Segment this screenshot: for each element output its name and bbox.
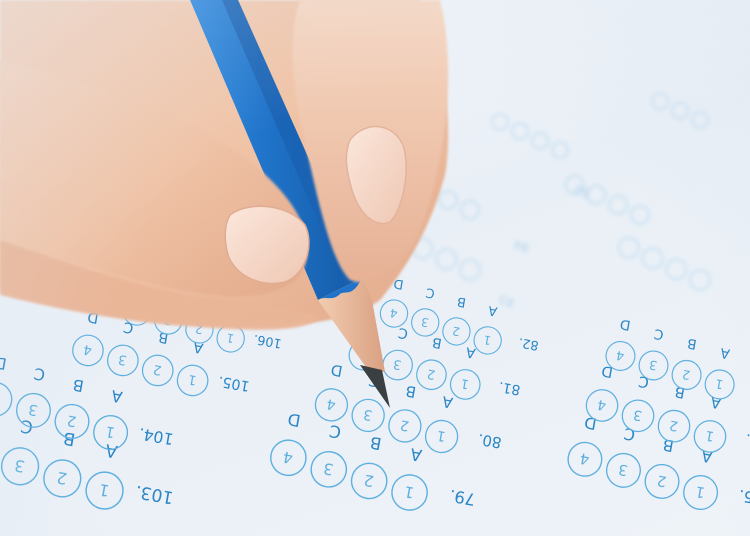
answer-sheet-photo: 83 84 60 103.1A2B3C4D104.1A2B3C4D105.1A2… — [0, 0, 750, 536]
hand-with-pencil — [0, 0, 750, 536]
